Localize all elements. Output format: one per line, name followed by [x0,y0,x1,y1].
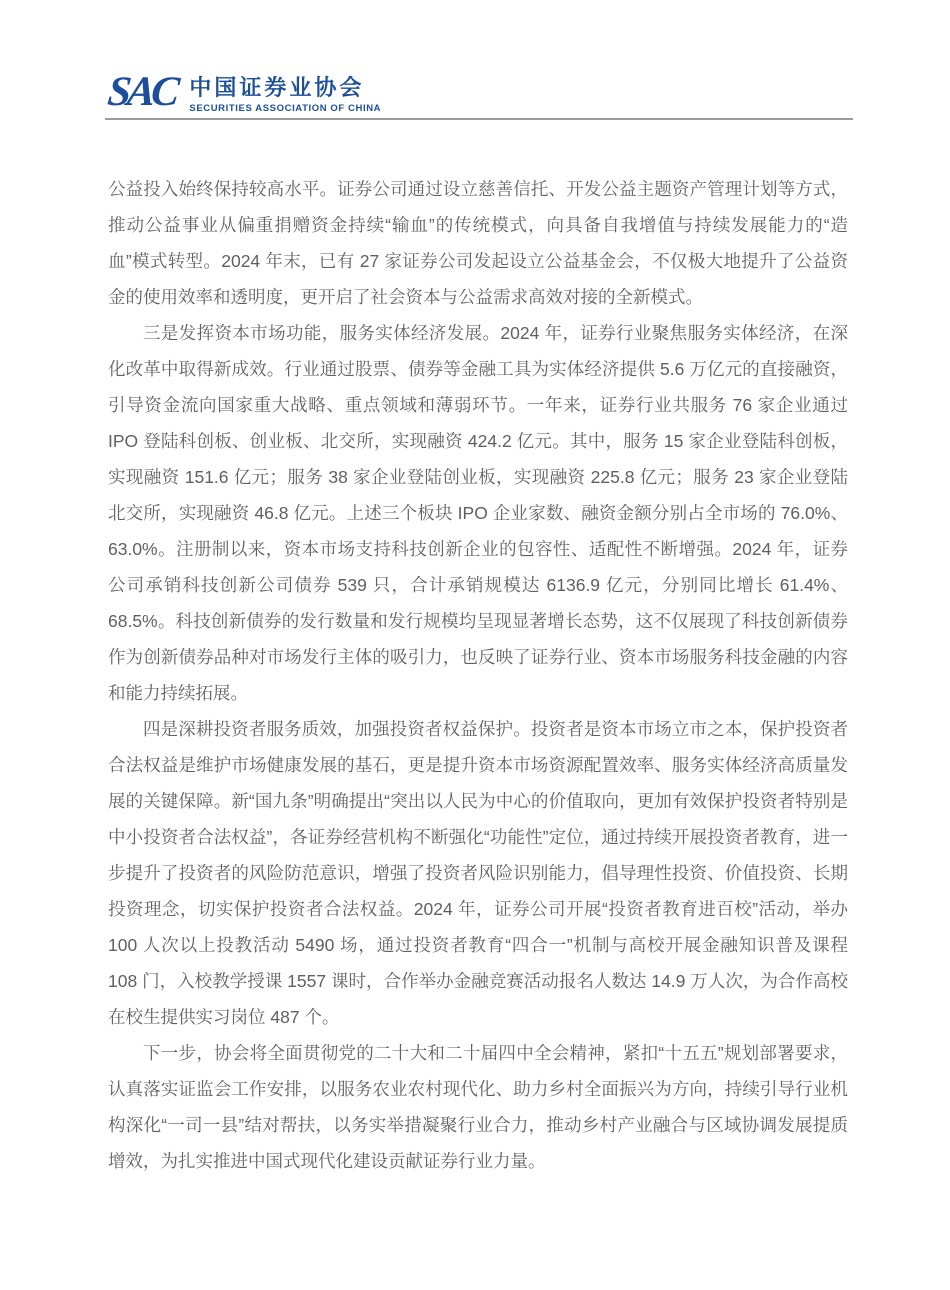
document-body: 公益投入始终保持较高水平。证券公司通过设立慈善信托、开发公益主题资产管理计划等方… [108,171,848,1179]
logo-row: SAC 中国证券业协会 SECURITIES ASSOCIATION OF CH… [108,72,381,114]
header-divider [105,118,853,120]
paragraph: 下一步，协会将全面贯彻党的二十大和二十届四中全会精神，紧扣“十五五”规划部署要求… [108,1035,848,1179]
org-name-english: SECURITIES ASSOCIATION OF CHINA [189,103,381,114]
paragraph: 四是深耕投资者服务质效，加强投资者权益保护。投资者是资本市场立市之本，保护投资者… [108,711,848,1035]
paragraph: 公益投入始终保持较高水平。证券公司通过设立慈善信托、开发公益主题资产管理计划等方… [108,171,848,315]
sac-logo-wordmark: SAC [106,72,178,112]
org-name-block: 中国证券业协会 SECURITIES ASSOCIATION OF CHINA [189,76,381,114]
org-name-chinese: 中国证券业协会 [189,76,381,100]
header-logo: SAC 中国证券业协会 SECURITIES ASSOCIATION OF CH… [108,72,381,114]
document-page: SAC 中国证券业协会 SECURITIES ASSOCIATION OF CH… [0,0,950,1290]
paragraph: 三是发挥资本市场功能，服务实体经济发展。2024 年，证券行业聚焦服务实体经济，… [108,315,848,711]
